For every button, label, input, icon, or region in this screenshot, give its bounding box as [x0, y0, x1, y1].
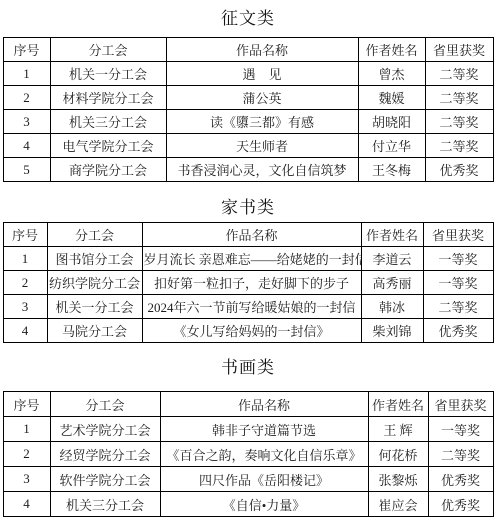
table-cell: 《百合之韵，奏响文化自信乐章》	[160, 442, 368, 467]
table-cell: 二等奖	[425, 110, 493, 134]
table-cell: 3	[3, 467, 50, 492]
table-cell: 优秀奖	[423, 319, 493, 343]
table-cell: 崔应会	[368, 492, 428, 517]
table-cell: 优秀奖	[428, 467, 493, 492]
table-cell: 王冬梅	[358, 158, 425, 182]
table-cell: 二等奖	[425, 134, 493, 158]
table-cell: 韩冰	[361, 295, 423, 319]
column-header: 序号	[3, 223, 47, 247]
table-cell: 读《隳三都》有感	[166, 110, 358, 134]
table-cell: 电气学院分工会	[50, 134, 166, 158]
table-cell: 魏媛	[358, 86, 425, 110]
table-cell: 《自信•力量》	[160, 492, 368, 517]
table-cell: 2024年六一节前写给暖姑娘的一封信	[142, 295, 361, 319]
table-cell: 优秀奖	[428, 492, 493, 517]
table-cell: 胡晓阳	[358, 110, 425, 134]
column-header: 作品名称	[160, 392, 368, 417]
award-table-family-letter: 序号分工会作品名称作者姓名省里获奖1图书馆分工会岁月流长 亲恩难忘——给姥姥的一…	[3, 222, 494, 343]
table-cell: 二等奖	[428, 442, 493, 467]
table-cell: 李道云	[361, 247, 423, 271]
table-cell: 4	[3, 134, 50, 158]
table-row: 1艺术学院分工会韩非子守道篇节选王 辉一等奖	[3, 417, 493, 442]
table-cell: 经贸学院分工会	[50, 442, 160, 467]
table-cell: 付立华	[358, 134, 425, 158]
table-cell: 2	[3, 271, 47, 295]
table-cell: 曾杰	[358, 62, 425, 86]
table-row: 5商学院分工会书香浸润心灵，文化自信筑梦王冬梅优秀奖	[3, 158, 493, 182]
table-cell: 张黎烁	[368, 467, 428, 492]
table-cell: 二等奖	[425, 86, 493, 110]
column-header: 作者姓名	[368, 392, 428, 417]
table-row: 4电气学院分工会天生师者付立华二等奖	[3, 134, 493, 158]
table-cell: 何花桥	[368, 442, 428, 467]
table-cell: 一等奖	[423, 271, 493, 295]
table-cell: 4	[3, 319, 47, 343]
column-header: 序号	[3, 392, 50, 417]
table-cell: 机关一分工会	[50, 62, 166, 86]
column-header: 作者姓名	[361, 223, 423, 247]
table-cell: 一等奖	[423, 247, 493, 271]
table-cell: 1	[3, 62, 50, 86]
table-cell: 柴刘锦	[361, 319, 423, 343]
table-row: 3软件学院分工会四尺作品《岳阳楼记》张黎烁优秀奖	[3, 467, 493, 492]
column-header: 省里获奖	[425, 38, 493, 62]
table-cell: 机关一分工会	[47, 295, 142, 319]
section-title-family-letter: 家书类	[0, 197, 496, 219]
header-row: 序号分工会作品名称作者姓名省里获奖	[3, 223, 493, 247]
column-header: 分工会	[50, 392, 160, 417]
table-row: 2纺织学院分工会扣好第一粒扣子，走好脚下的步子高秀丽一等奖	[3, 271, 493, 295]
table-cell: 材料学院分工会	[50, 86, 166, 110]
table-cell: 王 辉	[368, 417, 428, 442]
table-cell: 二等奖	[423, 295, 493, 319]
column-header: 作品名称	[166, 38, 358, 62]
section-calligraphy-painting: 书画类 序号分工会作品名称作者姓名省里获奖1艺术学院分工会韩非子守道篇节选王 辉…	[0, 357, 496, 517]
table-row: 2经贸学院分工会《百合之韵，奏响文化自信乐章》何花桥二等奖	[3, 442, 493, 467]
table-cell: 马院分工会	[47, 319, 142, 343]
award-table-calligraphy-painting: 序号分工会作品名称作者姓名省里获奖1艺术学院分工会韩非子守道篇节选王 辉一等奖2…	[3, 391, 494, 517]
section-title-essay: 征文类	[0, 8, 496, 30]
table-row: 3机关三分工会读《隳三都》有感胡晓阳二等奖	[3, 110, 493, 134]
award-table-essay: 序号分工会作品名称作者姓名省里获奖1机关一分工会遇 见曾杰二等奖2材料学院分工会…	[3, 37, 494, 182]
table-cell: 3	[3, 295, 47, 319]
table-cell: 图书馆分工会	[47, 247, 142, 271]
section-family-letter: 家书类 序号分工会作品名称作者姓名省里获奖1图书馆分工会岁月流长 亲恩难忘——给…	[0, 197, 496, 343]
table-cell: 软件学院分工会	[50, 467, 160, 492]
table-cell: 2	[3, 86, 50, 110]
section-title-calligraphy-painting: 书画类	[0, 357, 496, 379]
table-row: 4马院分工会《女儿写给妈妈的一封信》柴刘锦优秀奖	[3, 319, 493, 343]
table-cell: 书香浸润心灵，文化自信筑梦	[166, 158, 358, 182]
table-cell: 商学院分工会	[50, 158, 166, 182]
table-cell: 纺织学院分工会	[47, 271, 142, 295]
table-cell: 机关三分工会	[50, 492, 160, 517]
section-essay: 征文类 序号分工会作品名称作者姓名省里获奖1机关一分工会遇 见曾杰二等奖2材料学…	[0, 8, 496, 182]
table-cell: 扣好第一粒扣子，走好脚下的步子	[142, 271, 361, 295]
document-page: 征文类 序号分工会作品名称作者姓名省里获奖1机关一分工会遇 见曾杰二等奖2材料学…	[0, 0, 496, 517]
table-cell: 5	[3, 158, 50, 182]
table-cell: 艺术学院分工会	[50, 417, 160, 442]
column-header: 分工会	[47, 223, 142, 247]
column-header: 分工会	[50, 38, 166, 62]
table-row: 1图书馆分工会岁月流长 亲恩难忘——给姥姥的一封信李道云一等奖	[3, 247, 493, 271]
column-header: 省里获奖	[423, 223, 493, 247]
table-cell: 一等奖	[428, 417, 493, 442]
table-row: 4机关三分工会《自信•力量》崔应会优秀奖	[3, 492, 493, 517]
header-row: 序号分工会作品名称作者姓名省里获奖	[3, 392, 493, 417]
table-cell: 四尺作品《岳阳楼记》	[160, 467, 368, 492]
table-cell: 《女儿写给妈妈的一封信》	[142, 319, 361, 343]
column-header: 作品名称	[142, 223, 361, 247]
table-cell: 遇 见	[166, 62, 358, 86]
table-cell: 机关三分工会	[50, 110, 166, 134]
column-header: 序号	[3, 38, 50, 62]
table-cell: 优秀奖	[425, 158, 493, 182]
table-cell: 高秀丽	[361, 271, 423, 295]
table-cell: 2	[3, 442, 50, 467]
table-cell: 岁月流长 亲恩难忘——给姥姥的一封信	[142, 247, 361, 271]
table-cell: 二等奖	[425, 62, 493, 86]
column-header: 省里获奖	[428, 392, 493, 417]
table-row: 1机关一分工会遇 见曾杰二等奖	[3, 62, 493, 86]
table-cell: 韩非子守道篇节选	[160, 417, 368, 442]
header-row: 序号分工会作品名称作者姓名省里获奖	[3, 38, 493, 62]
table-cell: 3	[3, 110, 50, 134]
table-cell: 1	[3, 247, 47, 271]
table-cell: 1	[3, 417, 50, 442]
column-header: 作者姓名	[358, 38, 425, 62]
table-row: 2材料学院分工会蒲公英魏媛二等奖	[3, 86, 493, 110]
table-cell: 蒲公英	[166, 86, 358, 110]
table-cell: 天生师者	[166, 134, 358, 158]
table-cell: 4	[3, 492, 50, 517]
table-row: 3机关一分工会2024年六一节前写给暖姑娘的一封信韩冰二等奖	[3, 295, 493, 319]
